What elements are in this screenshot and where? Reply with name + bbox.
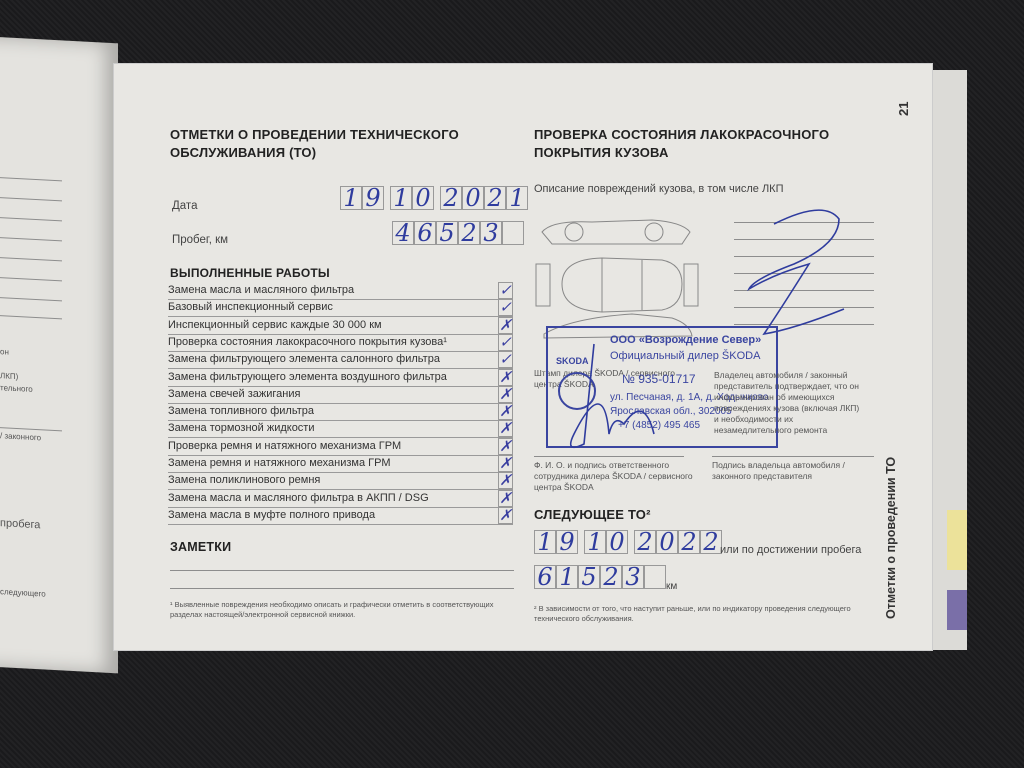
service-book-page: ОТМЕТКИ О ПРОВЕДЕНИИ ТЕХНИЧЕСКОГО ОБСЛУЖ… <box>114 64 932 650</box>
digit-box[interactable]: 0 <box>412 186 434 210</box>
paint-check-title: ПРОВЕРКА СОСТОЯНИЯ ЛАКОКРАСОЧНОГО ПОКРЫТ… <box>534 126 844 162</box>
work-label: Замена тормозной жидкости <box>168 422 315 434</box>
owner-confirmation-text: Владелец автомобиля / законный представи… <box>714 370 864 436</box>
digit-box[interactable]: 1 <box>340 186 362 210</box>
owner-signature-label: Подпись владельца автомобиля / законного… <box>712 460 877 482</box>
next-service-title: СЛЕДУЮЩЕЕ ТО² <box>534 506 651 524</box>
digit-box[interactable]: 3 <box>480 221 502 245</box>
works-title: ВЫПОЛНЕННЫЕ РАБОТЫ <box>170 264 330 282</box>
digit-box[interactable]: 1 <box>390 186 412 210</box>
work-label: Замена фильтрующего элемента воздушного … <box>168 371 447 383</box>
digit-box[interactable]: 1 <box>584 530 606 554</box>
digit-box[interactable]: 3 <box>622 565 644 589</box>
work-row: Замена масла и масляного фильтра✓ <box>168 282 513 300</box>
work-label: Замена топливного фильтра <box>168 405 314 417</box>
work-row: Замена тормозной жидкости✗ <box>168 420 513 438</box>
digit-box[interactable]: 2 <box>634 530 656 554</box>
left-fragment: он <box>0 347 9 356</box>
right-footnote: ² В зависимости от того, что наступит ра… <box>534 604 884 624</box>
digit-box[interactable]: 2 <box>484 186 506 210</box>
work-checkbox[interactable]: ✗ <box>498 438 513 455</box>
work-label: Замена масла и масляного фильтра в АКПП … <box>168 492 429 504</box>
left-fragment: ЛКП) <box>0 371 18 381</box>
left-footnote: ¹ Выявленные повреждения необходимо опис… <box>170 600 516 620</box>
work-label: Замена фильтрующего элемента салонного ф… <box>168 353 440 365</box>
digit-box[interactable]: 2 <box>600 565 622 589</box>
work-row: Замена поликлинового ремня✗ <box>168 472 513 490</box>
left-fragment: пробега <box>0 517 40 531</box>
digit-box[interactable]: 1 <box>534 530 556 554</box>
work-row: Замена топливного фильтра✗ <box>168 403 513 421</box>
work-label: Замена ремня и натяжного механизма ГРМ <box>168 457 390 469</box>
digit-box[interactable]: 6 <box>414 221 436 245</box>
work-label: Замена масла в муфте полного привода <box>168 509 375 521</box>
left-fragment: тельного <box>0 383 33 394</box>
notes-title: ЗАМЕТКИ <box>170 538 231 556</box>
left-fragment: следующего <box>0 587 46 598</box>
work-checkbox[interactable]: ✓ <box>498 351 513 368</box>
digit-box[interactable]: 9 <box>362 186 384 210</box>
digit-box[interactable]: 2 <box>678 530 700 554</box>
work-checkbox[interactable]: ✓ <box>498 334 513 351</box>
work-label: Проверка состояния лакокрасочного покрыт… <box>168 336 447 348</box>
km-label: км <box>666 581 677 592</box>
work-row: Замена фильтрующего элемента воздушного … <box>168 369 513 387</box>
employee-signature <box>554 334 664 464</box>
digit-box[interactable]: 2 <box>440 186 462 210</box>
work-label: Базовый инспекционный сервис <box>168 301 333 313</box>
work-label: Замена свечей зажигания <box>168 388 300 400</box>
work-label: Проверка ремня и натяжного механизма ГРМ <box>168 440 401 452</box>
damage-label: Описание повреждений кузова, в том числе… <box>534 183 784 195</box>
digit-box[interactable]: 0 <box>656 530 678 554</box>
digit-box[interactable]: 9 <box>556 530 578 554</box>
work-row: Инспекционный сервис каждые 30 000 км✗ <box>168 317 513 335</box>
digit-box[interactable]: 5 <box>436 221 458 245</box>
digit-box[interactable]: 0 <box>462 186 484 210</box>
digit-box[interactable] <box>644 565 666 589</box>
damage-handwriting <box>734 204 854 344</box>
notes-line[interactable] <box>170 570 514 571</box>
digit-box[interactable]: 4 <box>392 221 414 245</box>
work-label: Замена масла и масляного фильтра <box>168 284 354 296</box>
digit-box[interactable]: 0 <box>606 530 628 554</box>
digit-box[interactable]: 1 <box>556 565 578 589</box>
work-checkbox[interactable]: ✓ <box>498 282 513 299</box>
work-checkbox[interactable]: ✓ <box>498 299 513 316</box>
work-checkbox[interactable]: ✗ <box>498 455 513 472</box>
work-row: Проверка состояния лакокрасочного покрыт… <box>168 334 513 352</box>
work-row: Замена масла в муфте полного привода✗ <box>168 507 513 525</box>
work-row: Замена масла и масляного фильтра в АКПП … <box>168 490 513 508</box>
next-mileage-prefix: или по достижении пробега <box>720 544 861 556</box>
car-diagram[interactable] <box>532 214 712 344</box>
work-label: Замена поликлинового ремня <box>168 474 320 486</box>
digit-box[interactable]: 2 <box>700 530 722 554</box>
date-label: Дата <box>172 200 197 212</box>
page-number: 21 <box>896 102 911 116</box>
work-row: Замена ремня и натяжного механизма ГРМ✗ <box>168 455 513 473</box>
work-checkbox[interactable]: ✗ <box>498 490 513 507</box>
left-page: он ЛКП) тельного / законного пробега сле… <box>0 37 118 674</box>
work-checkbox[interactable]: ✗ <box>498 317 513 334</box>
mileage-label: Пробег, км <box>172 234 228 246</box>
digit-box[interactable]: 5 <box>578 565 600 589</box>
work-row: Замена фильтрующего элемента салонного ф… <box>168 351 513 369</box>
work-checkbox[interactable]: ✗ <box>498 386 513 403</box>
work-checkbox[interactable]: ✗ <box>498 420 513 437</box>
work-checkbox[interactable]: ✗ <box>498 507 513 524</box>
work-row: Проверка ремня и натяжного механизма ГРМ… <box>168 438 513 456</box>
employee-signature-line[interactable] <box>534 456 684 457</box>
digit-box[interactable]: 1 <box>506 186 528 210</box>
notes-line[interactable] <box>170 588 514 589</box>
owner-signature-line[interactable] <box>712 456 874 457</box>
work-label: Инспекционный сервис каждые 30 000 км <box>168 319 382 331</box>
work-row: Базовый инспекционный сервис✓ <box>168 299 513 317</box>
maintenance-title: ОТМЕТКИ О ПРОВЕДЕНИИ ТЕХНИЧЕСКОГО ОБСЛУЖ… <box>170 126 470 162</box>
left-fragment: / законного <box>0 431 41 442</box>
digit-box[interactable]: 2 <box>458 221 480 245</box>
digit-box[interactable]: 6 <box>534 565 556 589</box>
employee-signature-label: Ф. И. О. и подпись ответственного сотруд… <box>534 460 699 493</box>
digit-box[interactable] <box>502 221 524 245</box>
work-checkbox[interactable]: ✗ <box>498 403 513 420</box>
work-checkbox[interactable]: ✗ <box>498 369 513 386</box>
section-side-title: Отметки о проведении ТО <box>884 457 898 619</box>
work-row: Замена свечей зажигания✗ <box>168 386 513 404</box>
work-checkbox[interactable]: ✗ <box>498 472 513 489</box>
